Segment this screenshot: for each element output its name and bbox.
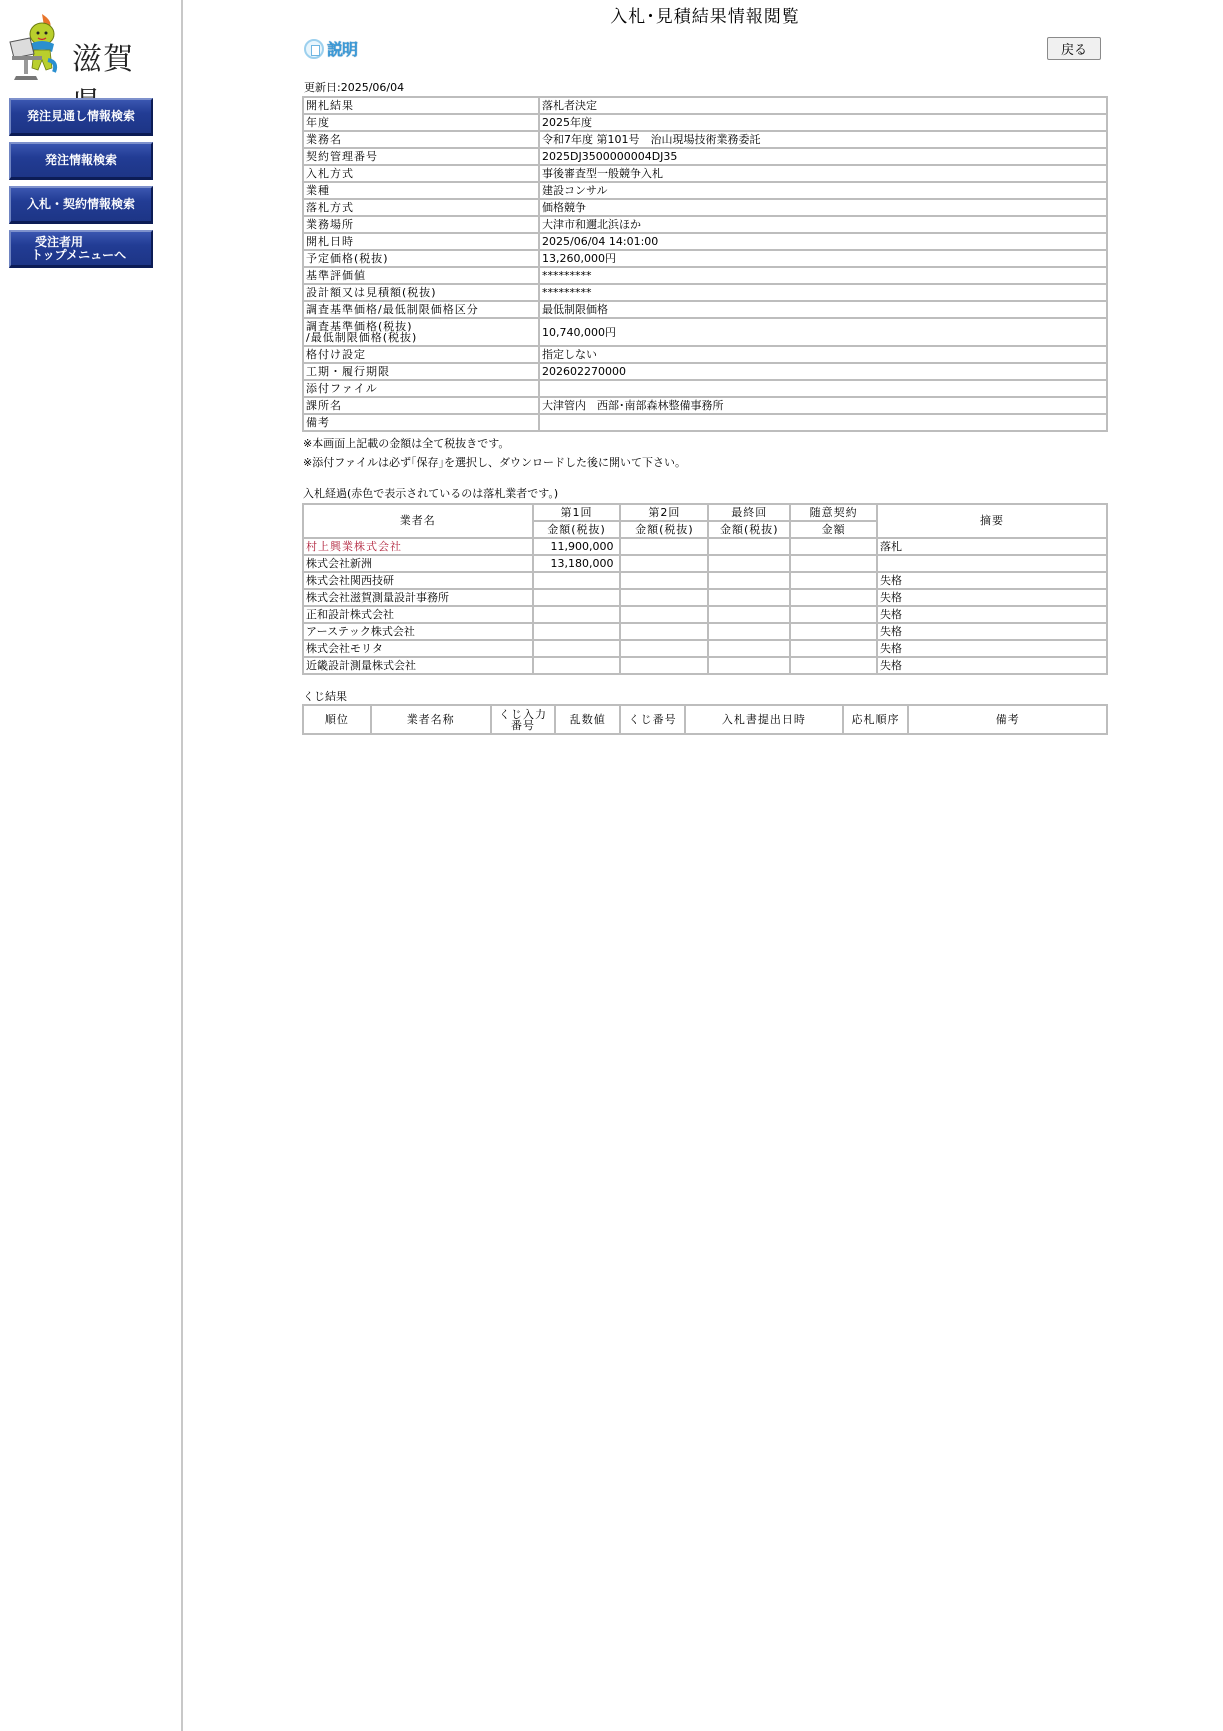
bid-round1 (533, 640, 621, 657)
bid-row: 正和設計株式会社失格 (303, 606, 1107, 623)
info-label: 設計額又は見積額(税抜) (303, 284, 539, 301)
col-name: 業者名 (303, 504, 533, 538)
info-row: 工期・履行期限202602270000 (303, 363, 1107, 380)
bid-round2 (620, 657, 708, 674)
bid-round2 (620, 589, 708, 606)
sidebar: 滋賀県 発注見通し情報検索 発注情報検索 入札・契約情報検索 受注者用トップメニ… (0, 0, 183, 1731)
lottery-col: 順位 (303, 705, 371, 734)
info-value: 10,740,000円 (539, 318, 1107, 346)
info-value: 価格競争 (539, 199, 1107, 216)
info-label: 添付ファイル (303, 380, 539, 397)
bid-round2 (620, 606, 708, 623)
info-label: 開札日時 (303, 233, 539, 250)
info-row: 契約管理番号2025DJ3500000004DJ35 (303, 148, 1107, 165)
info-row: 設計額又は見積額(税抜)********* (303, 284, 1107, 301)
info-row: 開札日時2025/06/04 14:01:00 (303, 233, 1107, 250)
col-final: 最終回 (708, 504, 790, 521)
bid-row: 株式会社新洲13,180,000 (303, 555, 1107, 572)
bid-name: 村上興業株式会社 (303, 538, 533, 555)
lottery-col: くじ入力番号 (491, 705, 556, 734)
lottery-col: くじ番号 (620, 705, 685, 734)
note-tax: ※本画面上記載の金額は全て税抜きです。 (303, 434, 686, 453)
bid-row: 近畿設計測量株式会社失格 (303, 657, 1107, 674)
info-value: ********* (539, 284, 1107, 301)
bid-round1: 13,180,000 (533, 555, 621, 572)
col-round1: 第1回 (533, 504, 621, 521)
info-row: 課所名大津管内 西部･南部森林整備事務所 (303, 397, 1107, 414)
bid-name: 近畿設計測量株式会社 (303, 657, 533, 674)
bid-summary: 失格 (877, 606, 1107, 623)
page-title: 入札･見積結果情報閲覧 (560, 2, 850, 27)
info-value: 建設コンサル (539, 182, 1107, 199)
bid-name: 正和設計株式会社 (303, 606, 533, 623)
info-row: 業務場所大津市和邇北浜ほか (303, 216, 1107, 233)
info-label: 契約管理番号 (303, 148, 539, 165)
info-row: 入札方式事後審査型一般競争入札 (303, 165, 1107, 182)
info-label: 業務名 (303, 131, 539, 148)
info-label: 調査基準価格(税抜)/最低制限価格(税抜) (303, 318, 539, 346)
bid-negotiated (790, 538, 877, 555)
info-value: 大津管内 西部･南部森林整備事務所 (539, 397, 1107, 414)
nav-order-info-search[interactable]: 発注情報検索 (9, 142, 153, 180)
info-label: 落札方式 (303, 199, 539, 216)
bid-final (708, 606, 790, 623)
col-negotiated-amount: 金額 (790, 521, 877, 538)
bid-summary: 失格 (877, 572, 1107, 589)
info-value: 令和7年度 第101号 治山現場技術業務委託 (539, 131, 1107, 148)
document-icon (304, 39, 324, 59)
bid-name: アーステック株式会社 (303, 623, 533, 640)
bid-row: 株式会社滋賀測量設計事務所失格 (303, 589, 1107, 606)
bid-history-table: 業者名 第1回 第2回 最終回 随意契約 摘要 金額(税抜) 金額(税抜) 金額… (302, 503, 1108, 675)
bid-final (708, 640, 790, 657)
bid-negotiated (790, 657, 877, 674)
info-label: 年度 (303, 114, 539, 131)
nav-bid-contract-search[interactable]: 入札・契約情報検索 (9, 186, 153, 224)
info-label: 開札結果 (303, 97, 539, 114)
bid-round2 (620, 572, 708, 589)
bid-summary: 失格 (877, 589, 1107, 606)
info-value: 大津市和邇北浜ほか (539, 216, 1107, 233)
bid-summary: 落札 (877, 538, 1107, 555)
info-label: 入札方式 (303, 165, 539, 182)
bid-name: 株式会社関西技研 (303, 572, 533, 589)
info-value: 落札者決定 (539, 97, 1107, 114)
info-label: 基準評価値 (303, 267, 539, 284)
bid-info-table: 開札結果落札者決定年度2025年度業務名令和7年度 第101号 治山現場技術業務… (302, 96, 1108, 432)
info-label: 工期・履行期限 (303, 363, 539, 380)
info-value: 2025/06/04 14:01:00 (539, 233, 1107, 250)
bid-row: 株式会社モリタ失格 (303, 640, 1107, 657)
info-value: 2025DJ3500000004DJ35 (539, 148, 1107, 165)
lottery-col: 備考 (908, 705, 1107, 734)
bid-round1 (533, 572, 621, 589)
bid-round1 (533, 589, 621, 606)
bid-round1: 11,900,000 (533, 538, 621, 555)
bid-final (708, 572, 790, 589)
bid-name: 株式会社新洲 (303, 555, 533, 572)
info-label: 調査基準価格/最低制限価格区分 (303, 301, 539, 318)
bid-round2 (620, 555, 708, 572)
nav-order-forecast-search[interactable]: 発注見通し情報検索 (9, 98, 153, 136)
nav-label: 受注者用トップメニューへ (35, 236, 126, 262)
bid-round2 (620, 538, 708, 555)
shiga-logo[interactable]: 滋賀県 (4, 10, 154, 82)
col-summary: 摘要 (877, 504, 1107, 538)
info-label: 予定価格(税抜) (303, 250, 539, 267)
bid-summary (877, 555, 1107, 572)
help-link[interactable]: 説明 (304, 37, 357, 60)
bid-final (708, 538, 790, 555)
lottery-table: 順位業者名称くじ入力番号乱数値くじ番号入札書提出日時応札順序備考 (302, 704, 1108, 735)
bid-final (708, 555, 790, 572)
info-value: 202602270000 (539, 363, 1107, 380)
info-row: 落札方式価格競争 (303, 199, 1107, 216)
bid-negotiated (790, 572, 877, 589)
col-round2: 第2回 (620, 504, 708, 521)
bid-summary: 失格 (877, 657, 1107, 674)
info-row: 業種建設コンサル (303, 182, 1107, 199)
back-button[interactable]: 戻る (1047, 37, 1101, 60)
lottery-col: 応札順序 (843, 705, 909, 734)
bid-history-caption: 入札経過(赤色で表示されているのは落札業者です。) (303, 485, 558, 501)
info-row: 調査基準価格(税抜)/最低制限価格(税抜)10,740,000円 (303, 318, 1107, 346)
bid-round1 (533, 657, 621, 674)
info-row: 調査基準価格/最低制限価格区分最低制限価格 (303, 301, 1107, 318)
updated-date: 更新日:2025/06/04 (304, 79, 404, 95)
col-round2-amount: 金額(税抜) (620, 521, 708, 538)
lottery-col: 乱数値 (555, 705, 620, 734)
bid-final (708, 589, 790, 606)
bid-negotiated (790, 606, 877, 623)
bid-summary: 失格 (877, 640, 1107, 657)
bid-row: 村上興業株式会社11,900,000落札 (303, 538, 1107, 555)
bid-negotiated (790, 640, 877, 657)
info-row: 備考 (303, 414, 1107, 431)
bid-round2 (620, 623, 708, 640)
help-label: 説明 (327, 37, 357, 60)
info-label: 備考 (303, 414, 539, 431)
bid-negotiated (790, 623, 877, 640)
info-value (539, 414, 1107, 431)
bid-round2 (620, 640, 708, 657)
bid-summary: 失格 (877, 623, 1107, 640)
info-row: 予定価格(税抜)13,260,000円 (303, 250, 1107, 267)
nav-label: 発注見通し情報検索 (27, 110, 135, 123)
info-value: 事後審査型一般競争入札 (539, 165, 1107, 182)
nav-label: 入札・契約情報検索 (27, 198, 135, 211)
col-final-amount: 金額(税抜) (708, 521, 790, 538)
info-value: ********* (539, 267, 1107, 284)
lottery-col: 入札書提出日時 (685, 705, 843, 734)
bid-row: アーステック株式会社失格 (303, 623, 1107, 640)
note-attachment: ※添付ファイルは必ず｢保存｣を選択し、ダウンロードした後に開いて下さい。 (303, 453, 686, 472)
bid-negotiated (790, 589, 877, 606)
info-label: 業種 (303, 182, 539, 199)
bid-name: 株式会社滋賀測量設計事務所 (303, 589, 533, 606)
info-value: 指定しない (539, 346, 1107, 363)
col-negotiated: 随意契約 (790, 504, 877, 521)
info-row: 格付け設定指定しない (303, 346, 1107, 363)
info-label: 課所名 (303, 397, 539, 414)
info-row: 基準評価値********* (303, 267, 1107, 284)
info-value: 最低制限価格 (539, 301, 1107, 318)
bid-round1 (533, 623, 621, 640)
info-value (539, 380, 1107, 397)
info-row: 業務名令和7年度 第101号 治山現場技術業務委託 (303, 131, 1107, 148)
nav-contractor-top-menu[interactable]: 受注者用トップメニューへ (9, 230, 153, 268)
bid-round1 (533, 606, 621, 623)
lottery-caption: くじ結果 (303, 688, 347, 704)
info-row: 開札結果落札者決定 (303, 97, 1107, 114)
bid-negotiated (790, 555, 877, 572)
info-value: 13,260,000円 (539, 250, 1107, 267)
bid-final (708, 623, 790, 640)
col-round1-amount: 金額(税抜) (533, 521, 621, 538)
info-row: 添付ファイル (303, 380, 1107, 397)
info-row: 年度2025年度 (303, 114, 1107, 131)
bid-name: 株式会社モリタ (303, 640, 533, 657)
nav-label: 発注情報検索 (45, 154, 117, 167)
mascot-icon (8, 12, 72, 82)
bid-row: 株式会社関西技研失格 (303, 572, 1107, 589)
lottery-col: 業者名称 (371, 705, 491, 734)
notes: ※本画面上記載の金額は全て税抜きです。 ※添付ファイルは必ず｢保存｣を選択し、ダ… (303, 434, 686, 472)
bid-final (708, 657, 790, 674)
info-label: 業務場所 (303, 216, 539, 233)
info-label: 格付け設定 (303, 346, 539, 363)
info-value: 2025年度 (539, 114, 1107, 131)
